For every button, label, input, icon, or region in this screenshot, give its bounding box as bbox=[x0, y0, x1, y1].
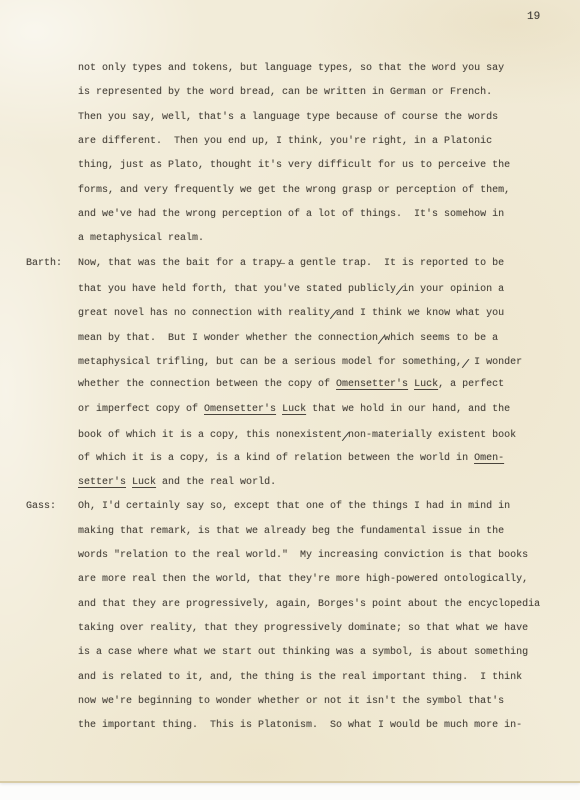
paragraph: Gass:Oh, I'd certainly say so, except th… bbox=[78, 495, 558, 738]
transcript-line: book of which it is a copy, this nonexis… bbox=[78, 422, 558, 446]
text-run: whether the connection between the copy … bbox=[78, 379, 336, 390]
transcript-line: Gass:Oh, I'd certainly say so, except th… bbox=[78, 495, 558, 519]
text-run: not only types and tokens, but language … bbox=[78, 63, 504, 74]
transcript-line: are different. Then you end up, I think,… bbox=[78, 130, 558, 154]
transcript-line: Barth:Now, that was the bait for a trapy… bbox=[78, 252, 558, 276]
transcript-line: a metaphysical realm. bbox=[78, 227, 558, 251]
text-run: and the real world. bbox=[156, 477, 276, 488]
transcript-line: the important thing. This is Platonism. … bbox=[78, 714, 558, 738]
underlined-book-title: Omensetter's bbox=[204, 404, 276, 415]
text-run: which seems to be a bbox=[384, 333, 498, 344]
transcript-line: great novel has no connection with reali… bbox=[78, 300, 558, 324]
text-run: is represented by the word bread, can be… bbox=[78, 87, 492, 98]
underlined-book-title: Omensetter's bbox=[336, 379, 408, 390]
transcript-line: taking over reality, that they progressi… bbox=[78, 617, 558, 641]
text-run: that we hold in our hand, and the bbox=[306, 404, 510, 415]
text-run: forms, and very frequently we get the wr… bbox=[78, 185, 510, 196]
text-run: thing, just as Plato, thought it's very … bbox=[78, 160, 510, 171]
transcript-line: mean by that. But I wonder whether the c… bbox=[78, 325, 558, 349]
transcript-line: of which it is a copy, is a kind of rela… bbox=[78, 447, 558, 471]
underlined-book-title: setter's bbox=[78, 477, 126, 488]
text-run: are more real then the world, that they'… bbox=[78, 574, 528, 585]
text-run: making that remark, is that we already b… bbox=[78, 526, 504, 537]
text-run: taking over reality, that they progressi… bbox=[78, 623, 528, 634]
paragraph: Barth:Now, that was the bait for a trapy… bbox=[78, 252, 558, 495]
transcript-line: and that they are progressively, again, … bbox=[78, 593, 558, 617]
transcript-line: forms, and very frequently we get the wr… bbox=[78, 179, 558, 203]
text-run: is a case where what we start out thinki… bbox=[78, 647, 528, 658]
text-run: of which it is a copy, is a kind of rela… bbox=[78, 453, 474, 464]
speaker-label: Gass: bbox=[26, 495, 56, 519]
text-run: mean by that. But I wonder whether the c… bbox=[78, 333, 378, 344]
transcript-line: setter's Luck and the real world. bbox=[78, 471, 558, 495]
underlined-book-title: Luck bbox=[282, 404, 306, 415]
text-run: I wonder bbox=[468, 357, 522, 368]
text-run: now we're beginning to wonder whether or… bbox=[78, 696, 504, 707]
text-run: and that they are progressively, again, … bbox=[78, 599, 540, 610]
text-run: Then you say, well, that's a language ty… bbox=[78, 112, 498, 123]
text-run: metaphysical trifling, but can be a seri… bbox=[78, 357, 462, 368]
transcript-line: making that remark, is that we already b… bbox=[78, 520, 558, 544]
text-run: non-materially existent book bbox=[348, 430, 516, 441]
transcript-line: and we've had the wrong perception of a … bbox=[78, 203, 558, 227]
transcript-line: words "relation to the real world." My i… bbox=[78, 544, 558, 568]
transcript: not only types and tokens, but language … bbox=[78, 57, 558, 739]
text-run: in your opinion a bbox=[402, 284, 504, 295]
paragraph: not only types and tokens, but language … bbox=[78, 57, 558, 252]
text-run: Now, that was the bait for a trapy̶ a ge… bbox=[78, 258, 504, 269]
underlined-book-title: Omen- bbox=[474, 453, 504, 464]
text-run: the important thing. This is Platonism. … bbox=[78, 720, 522, 731]
text-run: and I think we know what you bbox=[336, 308, 504, 319]
text-run: , a perfect bbox=[438, 379, 504, 390]
text-run: and is related to it, and, the thing is … bbox=[78, 672, 522, 683]
transcript-line: Then you say, well, that's a language ty… bbox=[78, 106, 558, 130]
underlined-book-title: Luck bbox=[132, 477, 156, 488]
text-run: Oh, I'd certainly say so, except that on… bbox=[78, 501, 510, 512]
transcript-line: and is related to it, and, the thing is … bbox=[78, 666, 558, 690]
transcript-line: whether the connection between the copy … bbox=[78, 373, 558, 397]
transcript-line: are more real then the world, that they'… bbox=[78, 568, 558, 592]
transcript-line: metaphysical trifling, but can be a seri… bbox=[78, 349, 558, 373]
speaker-label: Barth: bbox=[26, 252, 62, 276]
document-page: 19 not only types and tokens, but langua… bbox=[0, 0, 580, 783]
text-run: words "relation to the real world." My i… bbox=[78, 550, 528, 561]
scanned-document: 19 not only types and tokens, but langua… bbox=[0, 0, 580, 800]
transcript-line: that you have held forth, that you've st… bbox=[78, 276, 558, 300]
transcript-line: not only types and tokens, but language … bbox=[78, 57, 558, 81]
text-run: that you have held forth, that you've st… bbox=[78, 284, 396, 295]
text-run: great novel has no connection with reali… bbox=[78, 308, 330, 319]
transcript-line: or imperfect copy of Omensetter's Luck t… bbox=[78, 398, 558, 422]
transcript-line: is a case where what we start out thinki… bbox=[78, 641, 558, 665]
transcript-line: now we're beginning to wonder whether or… bbox=[78, 690, 558, 714]
text-run: or imperfect copy of bbox=[78, 404, 204, 415]
text-run: a metaphysical realm. bbox=[78, 233, 204, 244]
text-run: are different. Then you end up, I think,… bbox=[78, 136, 492, 147]
transcript-line: thing, just as Plato, thought it's very … bbox=[78, 154, 558, 178]
underlined-book-title: Luck bbox=[414, 379, 438, 390]
text-run: book of which it is a copy, this nonexis… bbox=[78, 430, 342, 441]
page-number: 19 bbox=[527, 11, 540, 23]
text-run: and we've had the wrong perception of a … bbox=[78, 209, 504, 220]
transcript-line: is represented by the word bread, can be… bbox=[78, 81, 558, 105]
